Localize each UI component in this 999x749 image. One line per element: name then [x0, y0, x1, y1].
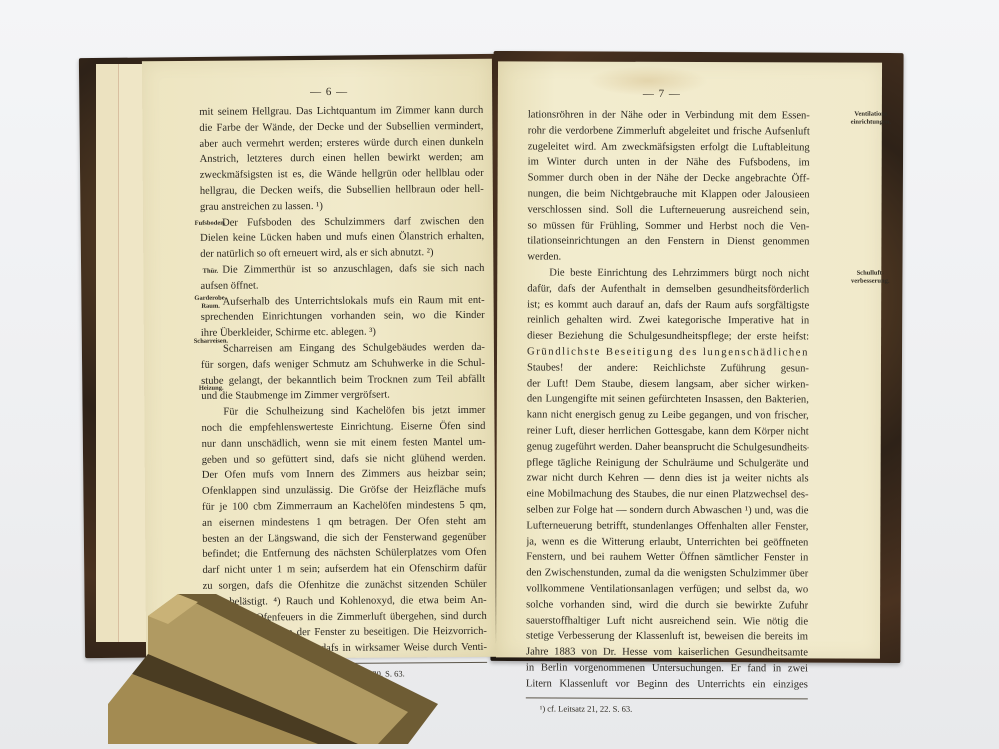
- page-number: — 7 —: [643, 88, 681, 100]
- text-line: Fenstern, und bei rauhem Wetter Öffnen s…: [526, 550, 808, 567]
- text-line: noch die empfehlenswerteste Einrichtung.…: [201, 419, 485, 437]
- text-line: stetige Verbesserung der Klassenluft ist…: [526, 629, 808, 646]
- text-line: Sommer durch oben in der Nähe der Decke …: [528, 171, 810, 188]
- footnotes: ¹) cf. Leitsatz 21, 22. S. 63.: [526, 704, 808, 716]
- text-line: im Winter durch unten in der Nähe des Fu…: [528, 155, 810, 172]
- text-line: zu sorgen, dafs die Ofenhitze die zunäch…: [203, 577, 487, 595]
- text-line: verschlossen sind. Soll die Lufterneueru…: [527, 202, 809, 219]
- text-line: genug zugeführt werden. Daher beanspruch…: [527, 439, 809, 456]
- text-line: den Lungengifte mit seinen gefürchteten …: [527, 392, 809, 409]
- text-line: so müssen für Frühling, Sommer und Herbs…: [527, 218, 809, 235]
- text-line: solche vorhanden sind, wird die durch si…: [526, 597, 808, 614]
- text-line: dafür, dafs der Aufenthalt in demselben …: [527, 281, 809, 298]
- margin-note: Heizung.: [171, 384, 251, 393]
- text-line: reiner Luft, dieser herrlichen Gottesgab…: [527, 423, 809, 440]
- text-line: eine Mobilmachung des Staubes, die nur e…: [527, 487, 809, 504]
- text-line: Dielen keine Lücken haben und mufs einen…: [200, 229, 484, 247]
- margin-note: Ventilations einrichtungen.: [836, 111, 906, 127]
- text-line: zwar nicht durch Kehren — denn dies ist …: [527, 471, 809, 488]
- margin-note: Fufsboden.: [170, 219, 250, 228]
- margin-note: Scharreisen.: [171, 337, 251, 346]
- text-line: nur dann unschädlich, wenn sie mit einem…: [202, 435, 486, 453]
- text-line: Gründlichste Beseitigung des lungenschäd…: [527, 344, 809, 361]
- text-line: dieser Beziehung die Schulgesundheitspfl…: [527, 329, 809, 346]
- margin-note: Thür.: [170, 267, 250, 276]
- text-line: für je 100 cbm Zimmerraum an Kachelöfen …: [202, 498, 486, 516]
- margin-note: Schulluft- verbesserung.: [835, 270, 905, 286]
- right-page: — 7 — Ventilations einrichtungen. Schull…: [496, 61, 882, 658]
- text-line: mit seinem Hellgrau. Das Lichtquantum im…: [199, 103, 483, 121]
- text-line: lationsröhren in der Nähe oder in Verbin…: [528, 107, 810, 124]
- page-number: — 6 —: [310, 86, 348, 98]
- text-line: sprechenden Einrichtungen vorhanden sein…: [201, 308, 485, 326]
- text-line: in Berlin vorgenommenen Untersuchungen. …: [526, 660, 808, 677]
- text-line: Ofenklappen sind unzulässig. Die Gröfse …: [202, 482, 486, 500]
- text-line: Jahre 1883 von Dr. Hesse vom kaiserliche…: [526, 645, 808, 662]
- text-line: ist; es kommt auch darauf an, dafs der R…: [527, 297, 809, 314]
- text-line: reinlich gehalten wird. Zwei kategorisch…: [527, 313, 809, 330]
- page-body: Ventilations einrichtungen. Schulluft- v…: [526, 107, 810, 715]
- text-line: zugeleitet wird. Am zweckmäfsigsten erfo…: [528, 139, 810, 156]
- footnote: ¹) cf. Leitsatz 21, 22. S. 63.: [540, 704, 808, 716]
- text-line: Staubes! der andere: Reichlichste Zuführ…: [527, 360, 809, 377]
- text-line: der Luft! Dem Staube, diesem langsam, ab…: [527, 376, 809, 393]
- text-line: pflege tägliche Reinigung der Schulräume…: [527, 455, 809, 472]
- text-line: ja, wenn es die Witterung erlaubt, Unter…: [526, 534, 808, 551]
- text-line: an eisernen mindestens 1 qm betragen. De…: [202, 514, 486, 532]
- text-line: nungen, die beim Nichtgebrauche mit Klap…: [528, 186, 810, 203]
- text-line: tilationseinrichtungen an den Fenstern i…: [527, 234, 809, 251]
- text-line: sauerstoffhaltiger Luft nicht ausreichen…: [526, 613, 808, 630]
- text-line: Für die Schulheizung sind Kachelöfen bis…: [201, 403, 485, 421]
- text-line: selben zur Folge hat — sondern durch Abw…: [526, 502, 808, 519]
- left-page: — 6 — Fufsboden. Thür. Garderobe- Raum. …: [142, 59, 496, 659]
- margin-note: Garderobe- Raum.: [171, 294, 251, 311]
- text-line: den Zwischenstunden, zumal da die wenigs…: [526, 566, 808, 583]
- text-line: werden.: [527, 250, 809, 267]
- text-line: Lufterneuerung betrifft, stundenlanges O…: [526, 518, 808, 535]
- brass-book-weight: [108, 594, 438, 744]
- text-line: vollkommene Ventilationsanlagen verfügen…: [526, 581, 808, 598]
- text-line: für sorgen, dafs weniger Schmutz am Schu…: [201, 356, 485, 374]
- text-line: rohr die verdorbene Zimmerluft abgeleite…: [528, 123, 810, 140]
- text-line: die Farbe der Wände, der Decke und der S…: [199, 119, 483, 137]
- footnote-rule: [526, 698, 808, 700]
- text-line: Die beste Einrichtung des Lehrzimmers bü…: [527, 265, 809, 282]
- text-line: Litern Klassenluft vor Beginn des Unterr…: [526, 676, 808, 693]
- text-line: darf nicht unter 1 m sein; aufserdem hat…: [202, 561, 486, 579]
- text-line: hellgrau, die Decken weifs, die Subselli…: [200, 182, 484, 200]
- text-line: kann nicht energisch genug zu Leibe gega…: [527, 408, 809, 425]
